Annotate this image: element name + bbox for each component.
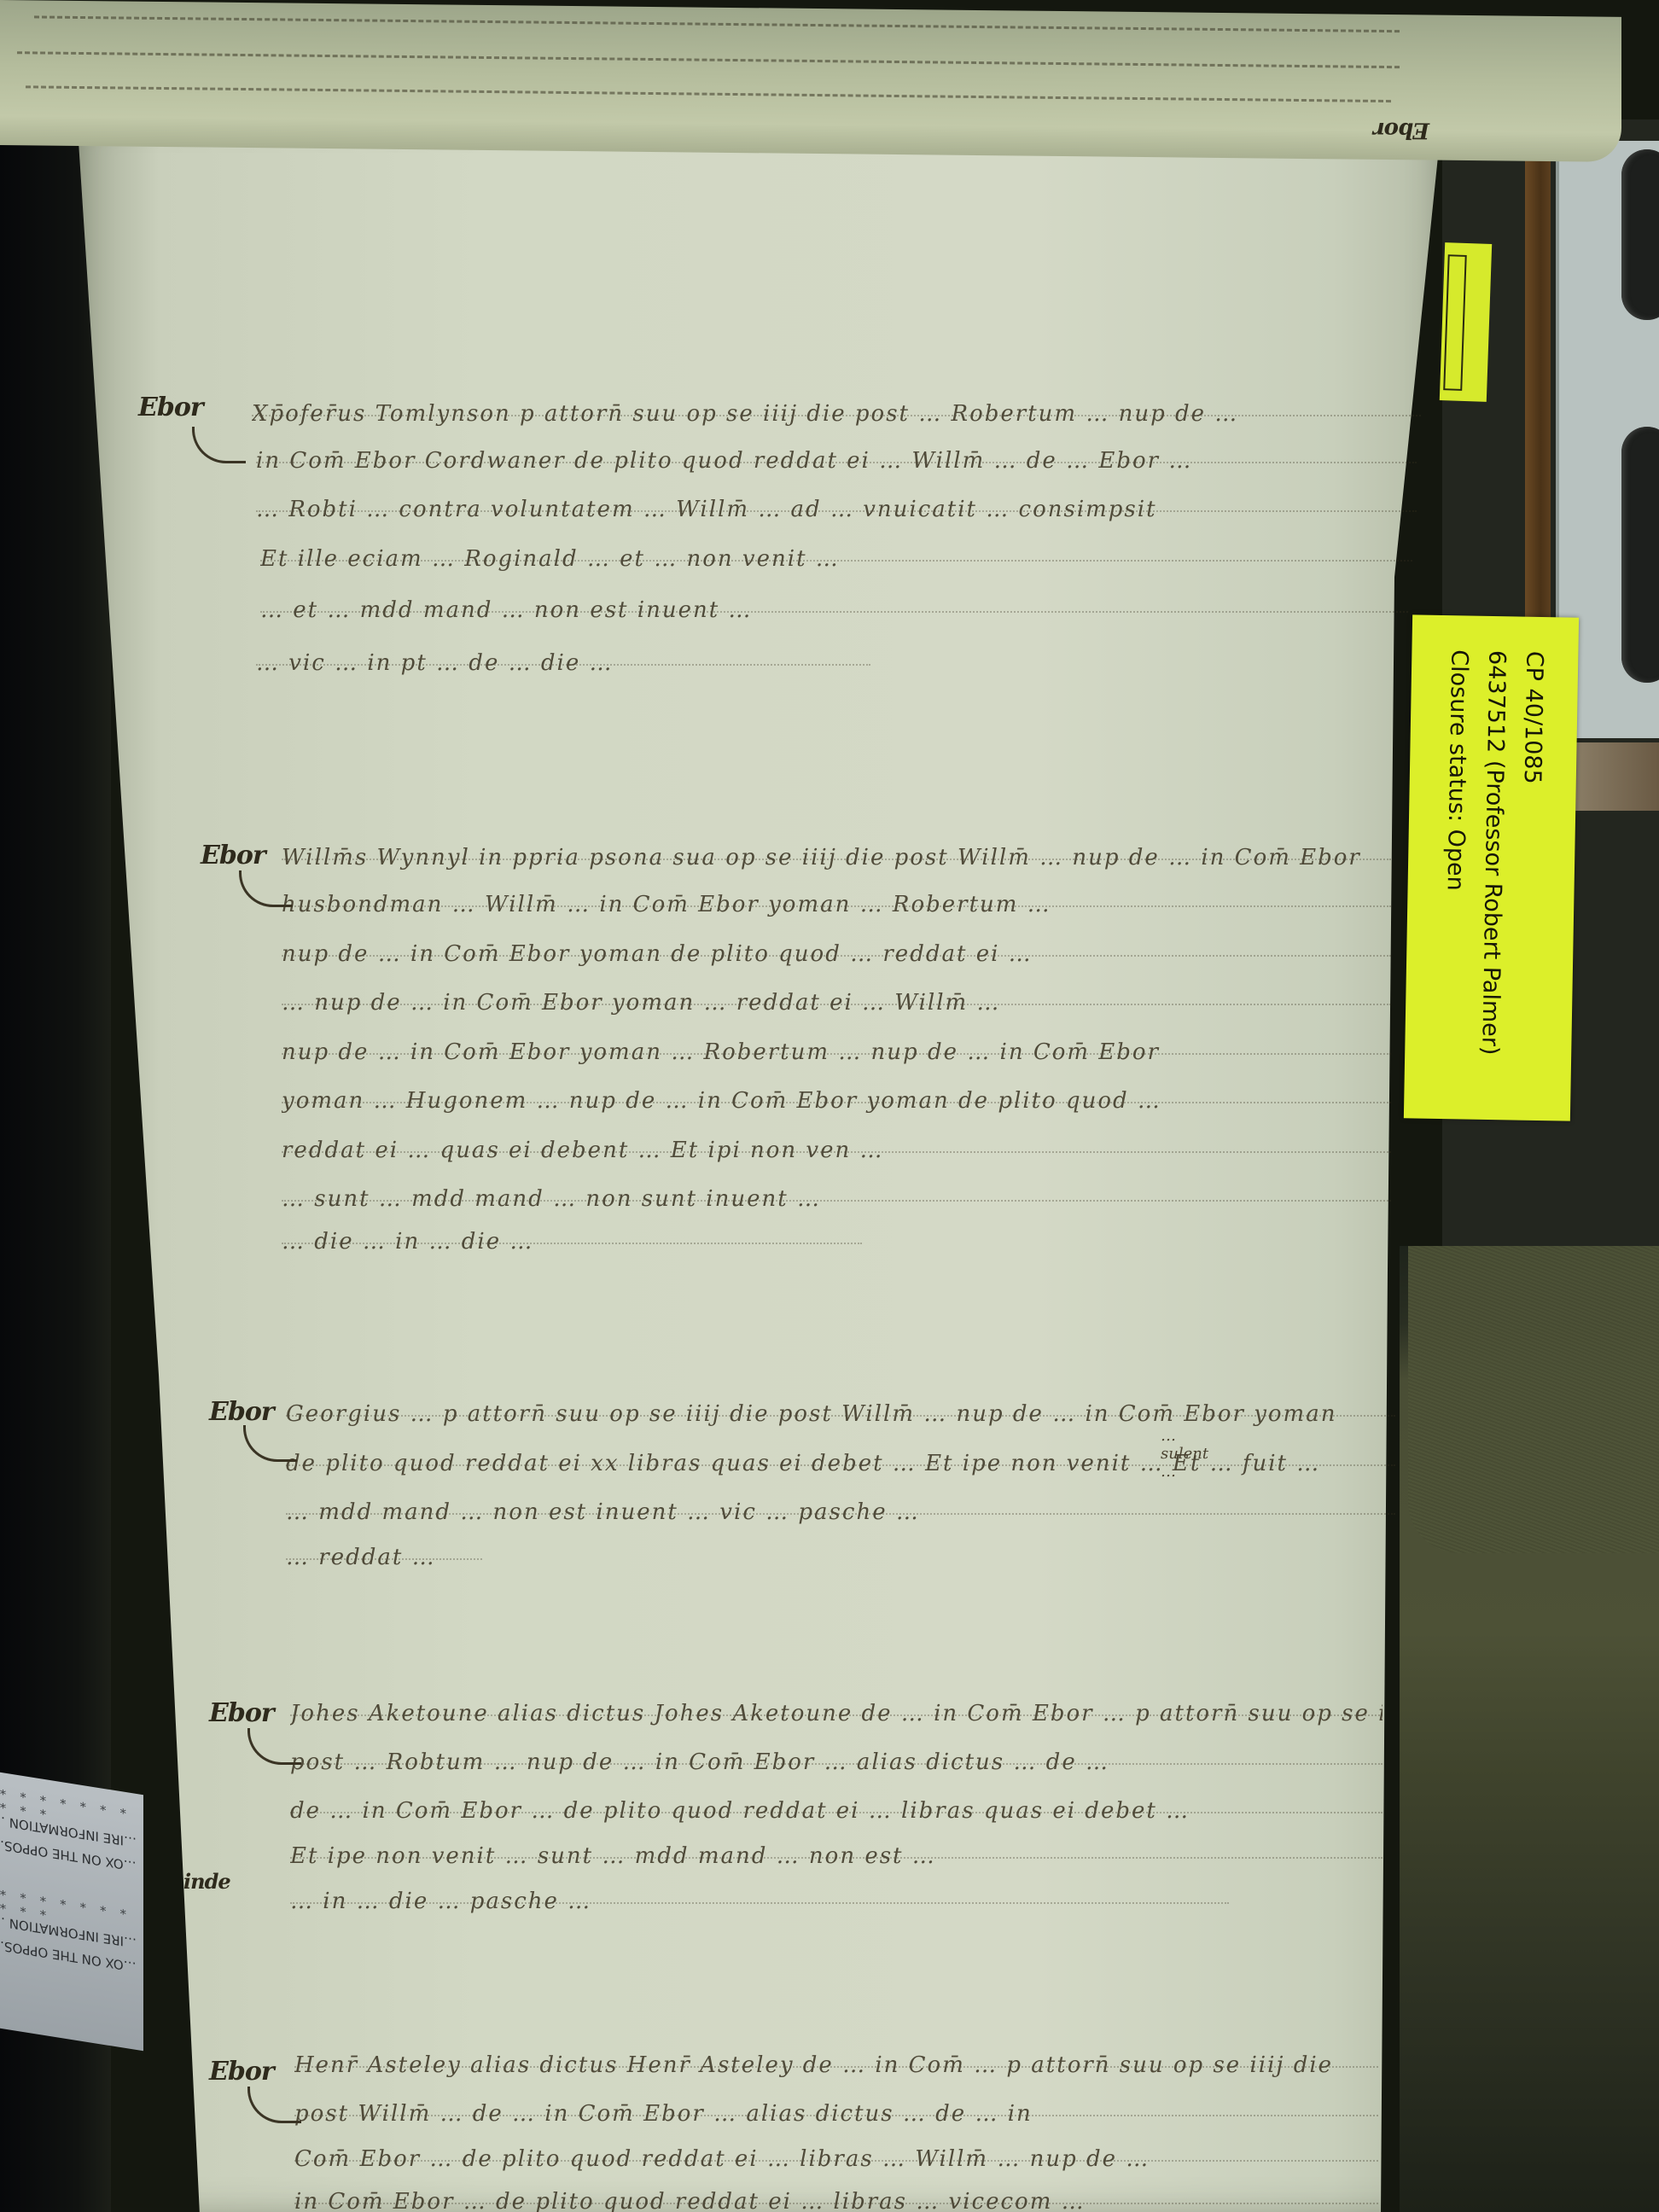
script-line: Willm̄s Wynnyl in ppria psona sua op se … bbox=[282, 845, 1391, 870]
script-line: … reddat … bbox=[286, 1545, 482, 1570]
fabric-strap bbox=[1408, 1246, 1659, 1553]
script-line: in Com̄ Ebor Cordwaner de plito quod red… bbox=[256, 448, 1417, 474]
margin-note: Ebor bbox=[209, 1397, 274, 1427]
label-text-block: CP 40/1085 6437512 (Professor Robert Pal… bbox=[1433, 649, 1552, 1057]
inverted-script-line bbox=[34, 15, 1400, 32]
small-yellow-tab bbox=[1440, 242, 1492, 402]
archive-reference-label: CP 40/1085 6437512 (Professor Robert Pal… bbox=[1404, 614, 1579, 1121]
interlinear-note: … sulent … bbox=[1161, 1427, 1208, 1481]
margin-note: Ebor bbox=[209, 2057, 274, 2087]
margin-note: Ebor bbox=[209, 1698, 274, 1728]
script-line: de plito quod reddat ei xx libras quas e… bbox=[286, 1451, 1395, 1476]
inverted-script-line bbox=[17, 51, 1400, 68]
roll-weight-knob bbox=[1621, 427, 1659, 683]
script-line: … et … mdd mand … non est inuent … bbox=[260, 597, 1408, 623]
script-line: … Rob̄ti … contra voluntatem … Willm̄ … … bbox=[256, 497, 1417, 522]
script-line: Henr̄ Asteley alias dictus Henr̄ Asteley… bbox=[294, 2052, 1378, 2078]
side-margin-note: inde bbox=[183, 1869, 230, 1894]
notice-sticker: * * * * * * * * * * …IRE INFORMATION … …… bbox=[0, 1773, 143, 2052]
script-line: Et ille eciam … Roginald … et … non veni… bbox=[260, 546, 1412, 572]
order-number-and-requester: 6437512 (Professor Robert Palmer) bbox=[1470, 650, 1515, 1056]
inverted-margin-note: Ebor bbox=[1374, 117, 1429, 143]
script-line: nup de … in Com̄ Ebor yoman … Robertum …… bbox=[282, 1039, 1391, 1065]
script-line: post Willm̄ … de … in Com̄ Ebor … alias … bbox=[294, 2101, 1378, 2127]
script-line: … nup de … in Com̄ Ebor yoman … reddat e… bbox=[282, 990, 1391, 1016]
rolled-top-membrane: Ebor bbox=[0, 0, 1621, 162]
inverted-script-line bbox=[26, 85, 1391, 102]
document-reference: CP 40/1085 bbox=[1508, 650, 1552, 1056]
margin-note: Ebor bbox=[138, 393, 203, 422]
script-line: … die … in … die … bbox=[282, 1229, 862, 1254]
script-line: … sunt … mdd mand … non sunt inuent … bbox=[282, 1186, 1391, 1212]
script-line: Et ipe non venit … sunt … mdd mand … non… bbox=[290, 1843, 1382, 1869]
roll-weight-knob bbox=[1621, 149, 1659, 320]
script-line: Com̄ Ebor … de plito quod reddat ei … li… bbox=[294, 2146, 1378, 2172]
script-line: post … Rob̄tum … nup de … in Com̄ Ebor …… bbox=[290, 1749, 1382, 1775]
script-line: in Com̄ Ebor … de plito quod reddat ei …… bbox=[294, 2189, 1378, 2212]
script-line: reddat ei … quas ei debent … Et ipi non … bbox=[282, 1138, 1391, 1163]
script-line: Johes Aketoune alias dictus Johes Aketou… bbox=[290, 1701, 1382, 1726]
script-line: Georgius … p attorn̄ suu op se iiij die … bbox=[286, 1401, 1395, 1427]
script-line: husbondman … Willm̄ … in Com̄ Ebor yoman… bbox=[282, 892, 1391, 917]
script-line: nup de … in Com̄ Ebor yoman de plito quo… bbox=[282, 941, 1391, 967]
script-line: yoman … Hugonem … nup de … in Com̄ Ebor … bbox=[282, 1088, 1391, 1114]
script-line: … in … die … pasche … bbox=[290, 1889, 1229, 1914]
tab-box bbox=[1443, 254, 1467, 391]
margin-note: Ebor bbox=[201, 841, 265, 870]
script-line: … vic … in pt … de … die … bbox=[256, 650, 870, 676]
script-line: de … in Com̄ Ebor … de plito quod reddat… bbox=[290, 1798, 1382, 1824]
script-line: … mdd mand … non est inuent … vic … pasc… bbox=[286, 1499, 1395, 1525]
script-line: Xp̄ofer̄us Tomlynson p attorn̄ suu op se… bbox=[252, 401, 1421, 427]
wooden-base bbox=[1575, 742, 1659, 811]
